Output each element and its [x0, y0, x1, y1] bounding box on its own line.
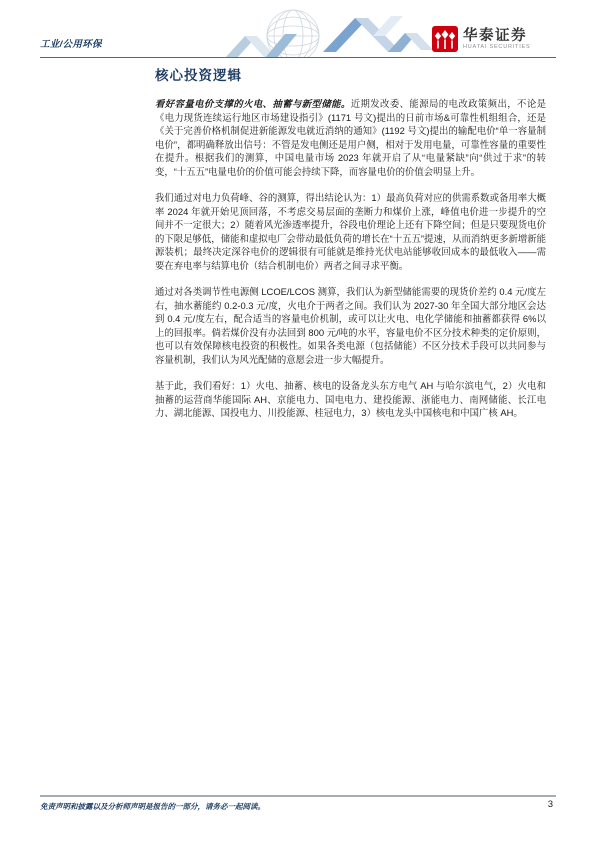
- report-category-label: 工业/公用环保: [40, 36, 102, 50]
- huatai-brand: 华泰证券 HUATAI SECURITIES: [432, 24, 557, 54]
- paragraph-3: 通过对各类调节性电源侧 LCOE/LCOS 测算，我们认为新型储能需要的现货价差…: [155, 285, 546, 366]
- report-page: 工业/公用环保: [0, 0, 595, 841]
- paragraph-4: 基于此，我们看好：1）火电、抽蓄、核电的设备龙头东方电气 AH 与哈尔滨电气，2…: [155, 379, 546, 420]
- section-title: 核心投资逻辑: [155, 64, 546, 84]
- paragraph-1: 看好容量电价支撑的火电、抽蓄与新型储能。近期发改委、能源局的电改政策频出，不论是…: [155, 97, 546, 178]
- report-body: 核心投资逻辑 看好容量电价支撑的火电、抽蓄与新型储能。近期发改委、能源局的电改政…: [155, 64, 546, 433]
- paragraph-1-text: 近期发改委、能源局的电改政策频出，不论是《电力现货连续运行地区市场建设指引》(1…: [155, 98, 546, 177]
- header-divider: [40, 57, 556, 58]
- footer-disclaimer: 免责声明和披露以及分析师声明是报告的一部分，请务必一起阅读。: [40, 801, 265, 812]
- paragraph-4-text: 基于此，我们看好：1）火电、抽蓄、核电的设备龙头东方电气 AH 与哈尔滨电气，2…: [155, 380, 546, 418]
- globe-ribbon-decoration-icon: [205, 6, 435, 58]
- paragraph-3-text: 通过对各类调节性电源侧 LCOE/LCOS 测算，我们认为新型储能需要的现货价差…: [155, 286, 546, 365]
- huatai-logo-icon: [432, 26, 458, 52]
- page-number: 3: [548, 799, 553, 810]
- paragraph-1-lead: 看好容量电价支撑的火电、抽蓄与新型储能。: [155, 98, 351, 109]
- brand-name-en: HUATAI SECURITIES: [463, 44, 531, 51]
- paragraph-2-text: 我们通过对电力负荷峰、谷的测算，得出结论认为：1）最高负荷对应的供需系数或备用率…: [155, 192, 546, 271]
- footer-divider: [40, 795, 556, 797]
- paragraph-2: 我们通过对电力负荷峰、谷的测算，得出结论认为：1）最高负荷对应的供需系数或备用率…: [155, 191, 546, 272]
- brand-name-cn: 华泰证券: [463, 28, 531, 44]
